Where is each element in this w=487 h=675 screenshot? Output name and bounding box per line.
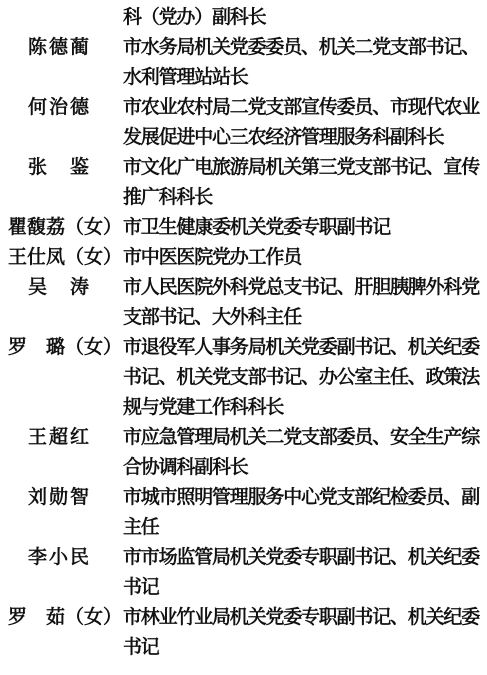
table-row: 罗 茹（女） 市林业竹业局机关党委专职副书记、机关纪委书记 bbox=[0, 603, 487, 663]
entry-position: 市卫生健康委机关党委专职副书记 bbox=[123, 213, 487, 243]
table-row: 科（党办）副科长 bbox=[0, 3, 487, 33]
entry-name: 张 鉴 bbox=[0, 153, 123, 183]
entry-position-line: 市文化广电旅游局机关第三党支部书记、宣传 bbox=[123, 153, 487, 183]
entry-position-line: 市中医医院党办工作员 bbox=[123, 243, 487, 273]
entry-position-line: 合协调科副科长 bbox=[123, 453, 487, 483]
entry-position-line: 市卫生健康委机关党委专职副书记 bbox=[123, 213, 487, 243]
entry-name: 李小民 bbox=[0, 543, 123, 573]
entry-position-line: 支部书记、大外科主任 bbox=[123, 303, 487, 333]
entry-name: 吴 涛 bbox=[0, 273, 123, 303]
entry-position: 科（党办）副科长 bbox=[123, 3, 487, 33]
entry-position-line: 市市场监管局机关党委专职副书记、机关纪委 bbox=[123, 543, 487, 573]
entry-position-line: 书记 bbox=[123, 633, 487, 663]
entry-name: 陈德蔺 bbox=[0, 33, 123, 63]
entry-position-line: 市人民医院外科党总支书记、肝胆胰脾外科党 bbox=[123, 273, 487, 303]
entry-position: 市退役军人事务局机关党委副书记、机关纪委书记、机关党支部书记、办公室主任、政策法… bbox=[123, 333, 487, 423]
entry-name: 王仕凤（女） bbox=[0, 243, 123, 273]
entry-position-line: 推广科科长 bbox=[123, 183, 487, 213]
entry-position: 市市场监管局机关党委专职副书记、机关纪委书记 bbox=[123, 543, 487, 603]
entry-position-line: 书记 bbox=[123, 573, 487, 603]
entry-position: 市文化广电旅游局机关第三党支部书记、宣传推广科科长 bbox=[123, 153, 487, 213]
entry-position-line: 市水务局机关党委委员、机关二党支部书记、 bbox=[123, 33, 487, 63]
roster-document: 科（党办）副科长 陈德蔺 市水务局机关党委委员、机关二党支部书记、水利管理站站长… bbox=[0, 0, 487, 663]
entry-name: 何治德 bbox=[0, 93, 123, 123]
entry-position: 市林业竹业局机关党委专职副书记、机关纪委书记 bbox=[123, 603, 487, 663]
entry-position-line: 规与党建工作科科长 bbox=[123, 393, 487, 423]
table-row: 陈德蔺 市水务局机关党委委员、机关二党支部书记、水利管理站站长 bbox=[0, 33, 487, 93]
entry-name: 刘勋智 bbox=[0, 483, 123, 513]
entry-position: 市水务局机关党委委员、机关二党支部书记、水利管理站站长 bbox=[123, 33, 487, 93]
entry-position: 市中医医院党办工作员 bbox=[123, 243, 487, 273]
entry-name: 王超红 bbox=[0, 423, 123, 453]
table-row: 瞿馥荔（女） 市卫生健康委机关党委专职副书记 bbox=[0, 213, 487, 243]
entry-position: 市农业农村局二党支部宣传委员、市现代农业发展促进中心三农经济管理服务科副科长 bbox=[123, 93, 487, 153]
entry-name: 罗 璐（女） bbox=[0, 333, 123, 363]
entry-position: 市应急管理局机关二党支部委员、安全生产综合协调科副科长 bbox=[123, 423, 487, 483]
entry-position-line: 书记、机关党支部书记、办公室主任、政策法 bbox=[123, 363, 487, 393]
table-row: 吴 涛 市人民医院外科党总支书记、肝胆胰脾外科党支部书记、大外科主任 bbox=[0, 273, 487, 333]
table-row: 罗 璐（女） 市退役军人事务局机关党委副书记、机关纪委书记、机关党支部书记、办公… bbox=[0, 333, 487, 423]
entry-position-line: 市退役军人事务局机关党委副书记、机关纪委 bbox=[123, 333, 487, 363]
table-row: 刘勋智 市城市照明管理服务中心党支部纪检委员、副主任 bbox=[0, 483, 487, 543]
entry-position: 市城市照明管理服务中心党支部纪检委员、副主任 bbox=[123, 483, 487, 543]
entry-position-line: 科（党办）副科长 bbox=[123, 3, 487, 33]
entry-name: 罗 茹（女） bbox=[0, 603, 123, 633]
entry-position-line: 发展促进中心三农经济管理服务科副科长 bbox=[123, 123, 487, 153]
entry-position-line: 市城市照明管理服务中心党支部纪检委员、副 bbox=[123, 483, 487, 513]
entry-list: 科（党办）副科长 陈德蔺 市水务局机关党委委员、机关二党支部书记、水利管理站站长… bbox=[0, 3, 487, 663]
table-row: 李小民 市市场监管局机关党委专职副书记、机关纪委书记 bbox=[0, 543, 487, 603]
table-row: 何治德 市农业农村局二党支部宣传委员、市现代农业发展促进中心三农经济管理服务科副… bbox=[0, 93, 487, 153]
entry-position-line: 水利管理站站长 bbox=[123, 63, 487, 93]
entry-position: 市人民医院外科党总支书记、肝胆胰脾外科党支部书记、大外科主任 bbox=[123, 273, 487, 333]
entry-position-line: 市应急管理局机关二党支部委员、安全生产综 bbox=[123, 423, 487, 453]
entry-position-line: 市农业农村局二党支部宣传委员、市现代农业 bbox=[123, 93, 487, 123]
entry-position-line: 市林业竹业局机关党委专职副书记、机关纪委 bbox=[123, 603, 487, 633]
table-row: 张 鉴 市文化广电旅游局机关第三党支部书记、宣传推广科科长 bbox=[0, 153, 487, 213]
entry-position-line: 主任 bbox=[123, 513, 487, 543]
entry-name: 瞿馥荔（女） bbox=[0, 213, 123, 243]
table-row: 王超红 市应急管理局机关二党支部委员、安全生产综合协调科副科长 bbox=[0, 423, 487, 483]
table-row: 王仕凤（女） 市中医医院党办工作员 bbox=[0, 243, 487, 273]
